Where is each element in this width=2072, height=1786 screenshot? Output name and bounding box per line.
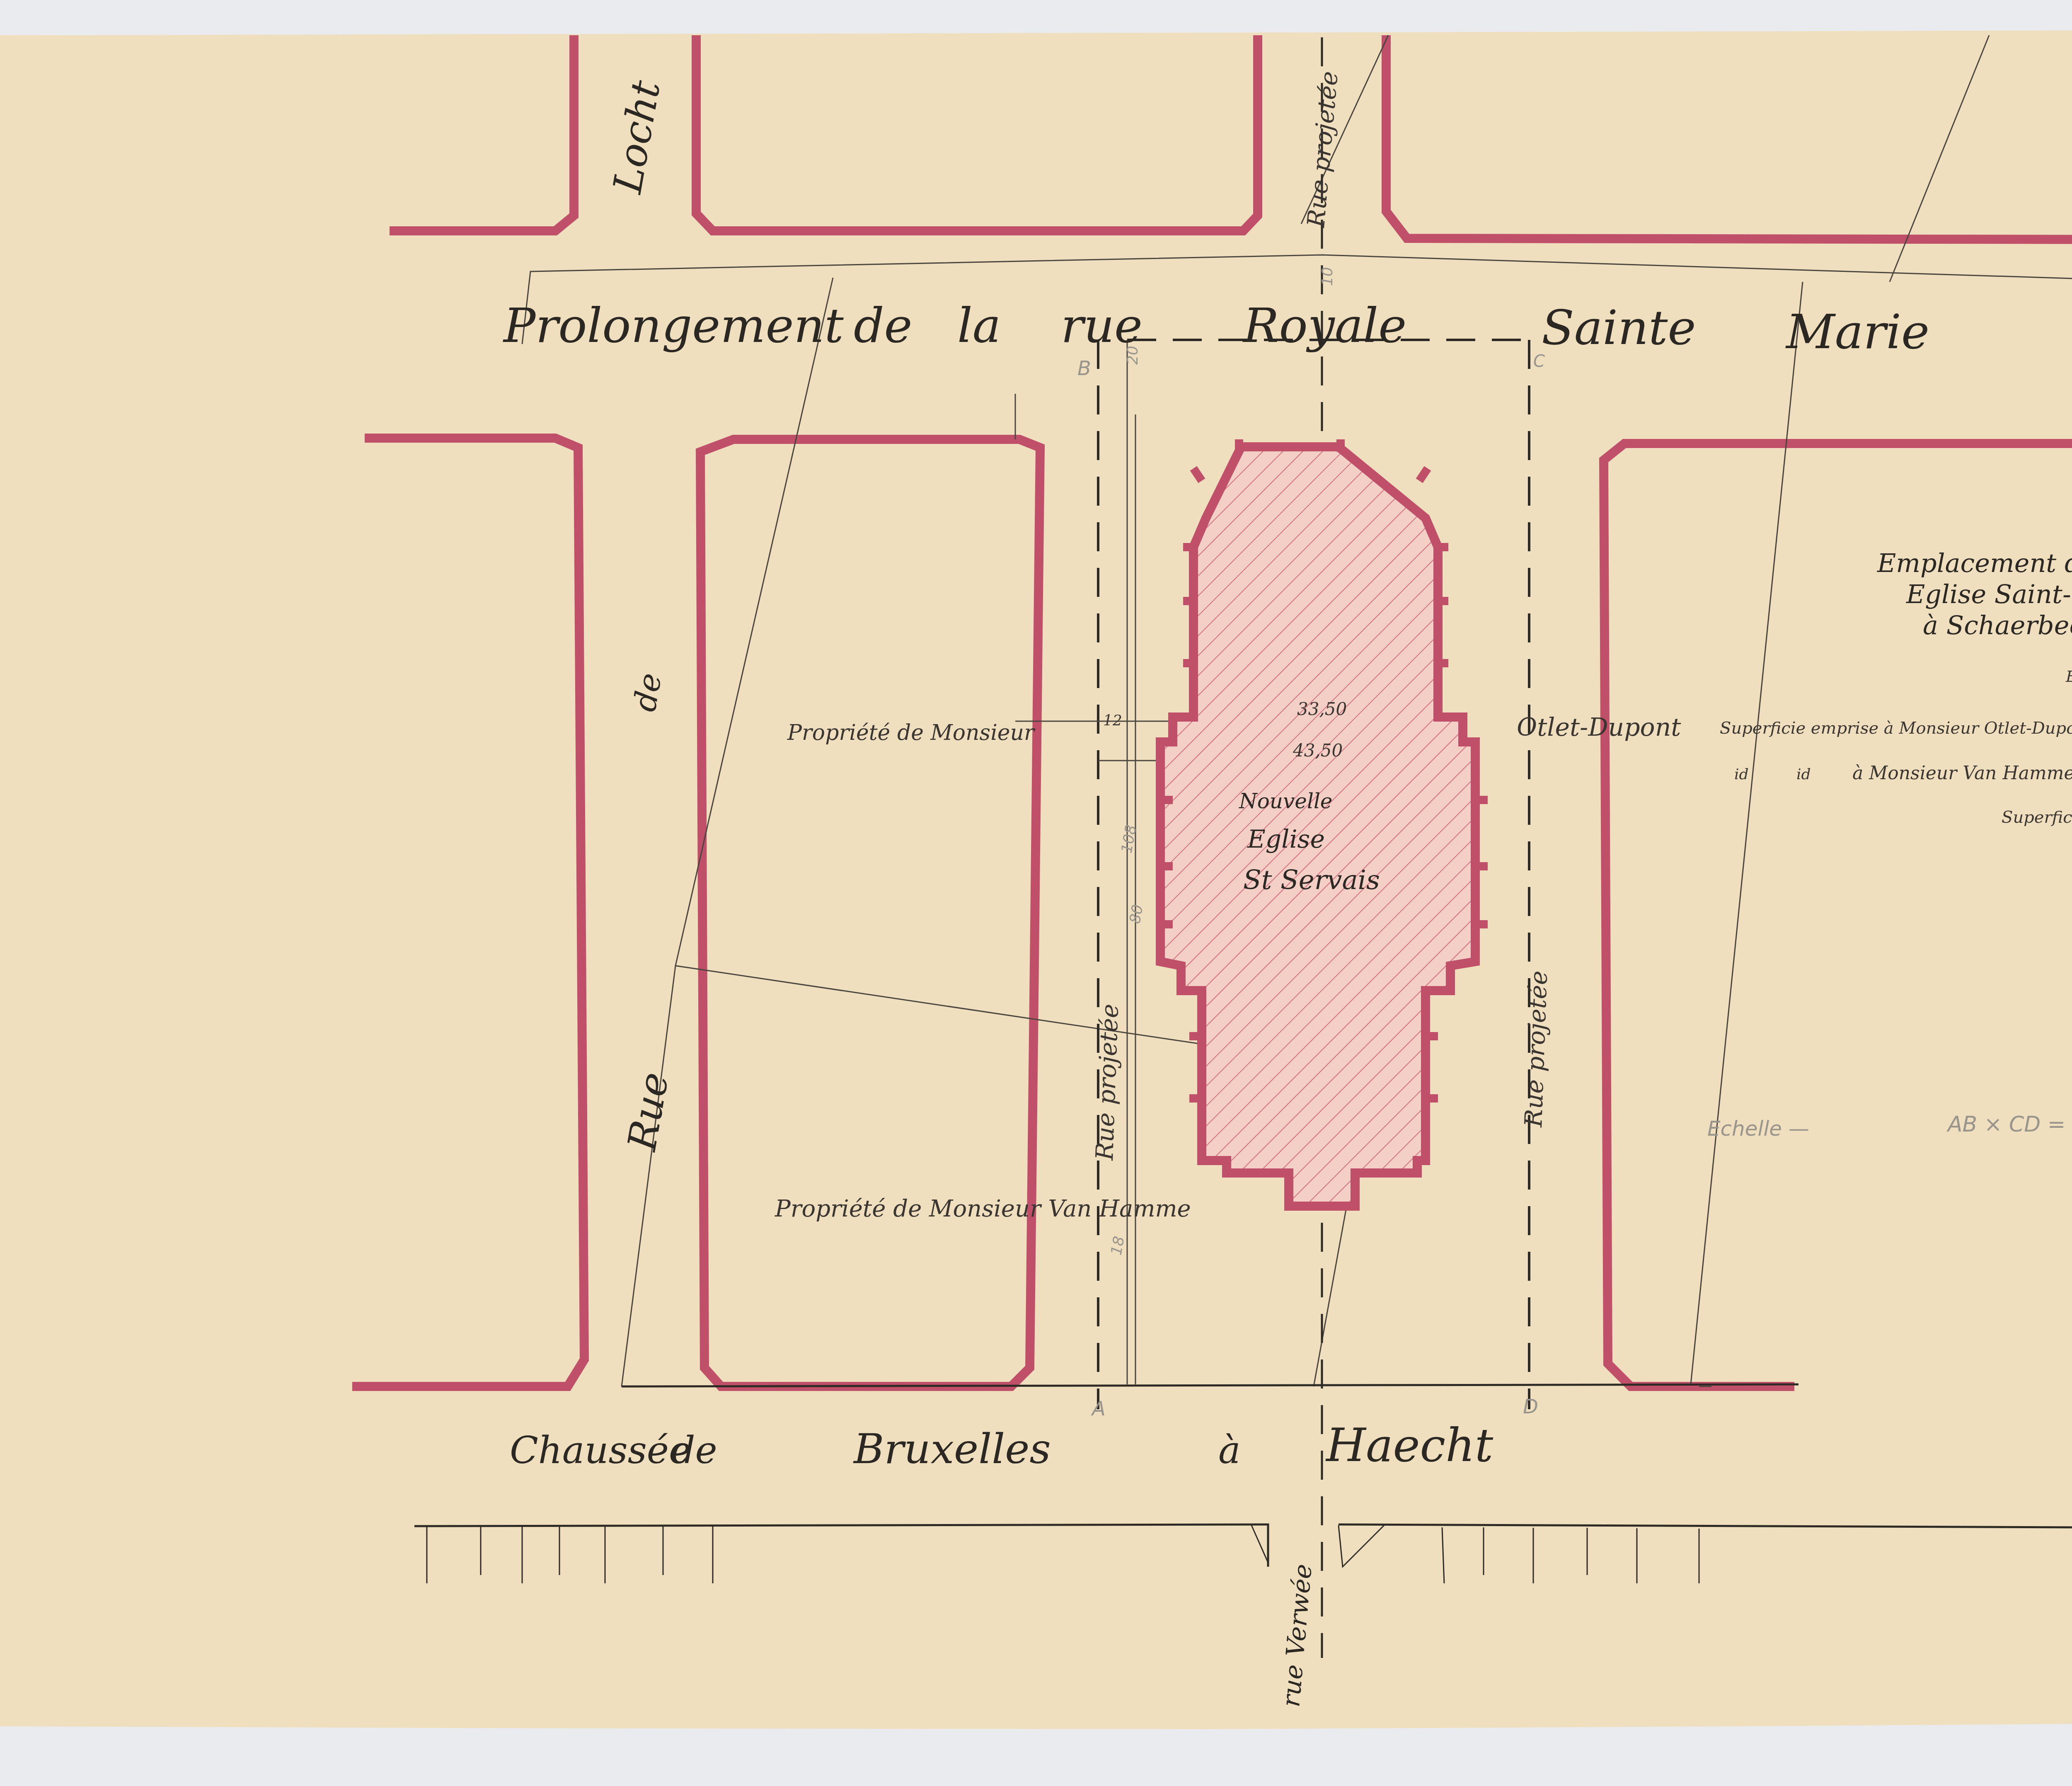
church-label-line-3: St Servais — [1243, 865, 1380, 896]
title-line-1: Emplacement de la nouvelle — [1877, 548, 2072, 578]
corner-a: A — [1091, 1397, 1106, 1420]
street-bottom-word-4: à — [1218, 1429, 1241, 1472]
property-otlet-left: Propriété de Monsieur — [787, 720, 1036, 745]
church-label-line-1: Nouvelle — [1239, 789, 1332, 813]
dim-top-10: 10 — [1319, 267, 1336, 286]
street-bottom-word-1: Chaussée — [510, 1429, 691, 1472]
title-line-3: à Schaerbeek. — [1923, 610, 2072, 640]
street-left-word-2: de — [626, 670, 669, 714]
dim-side-12: 12 — [1103, 712, 1122, 729]
corner-d: D — [1523, 1395, 1538, 1418]
dim-bottom-18: 18 — [1108, 1235, 1128, 1256]
dim-width-upper: 33,50 — [1297, 699, 1347, 719]
area-row-1-label: Superficie emprise à Monsieur Otlet-Dupo… — [1720, 719, 2072, 738]
street-top-word-5: Royale — [1242, 298, 1406, 354]
area-row-2-label: à Monsieur Van Hamme — [1852, 763, 2072, 784]
street-top-word-6: Sainte — [1542, 300, 1696, 356]
street-bottom-word-3: Bruxelles — [853, 1425, 1051, 1473]
scale-note: Echelle de 0,002 pour mètre — [2065, 667, 2072, 686]
street-bottom-word-5: Haecht — [1325, 1419, 1493, 1472]
title-line-2: Eglise Saint-Servais — [1906, 579, 2072, 609]
pencil-note-formula: AB × CD = 108 × 43 = 4644 — [1946, 1112, 2072, 1137]
dim-width-lower: 43,50 — [1293, 740, 1343, 761]
dim-top-20: 20 — [1124, 346, 1141, 365]
corner-b: B — [1077, 357, 1091, 380]
church-label-line-2: Eglise — [1247, 825, 1325, 854]
property-van-hamme: Propriété de Monsieur Van Hamme — [775, 1195, 1191, 1222]
street-bottom-word-2: de — [671, 1429, 717, 1472]
site-plan-sheet: Prolongement de la rue Royale Sainte Mar… — [0, 0, 2072, 1786]
street-projected-left: Rue projetée — [1090, 1003, 1124, 1161]
corner-c: C — [1533, 352, 1545, 371]
property-otlet-right: Otlet-Dupont — [1517, 713, 1681, 742]
street-top-word-7: Marie — [1785, 304, 1929, 360]
street-top-word-3: la — [957, 298, 1001, 354]
site-plan-drawing: Prolongement de la rue Royale Sainte Mar… — [0, 0, 2072, 1786]
area-row-2-prefix-1: id — [1734, 766, 1749, 783]
street-top-word-4: rue — [1061, 298, 1143, 354]
street-projected-right: Rue projetée — [1519, 970, 1553, 1128]
area-total-label: Superficie totale — [2002, 808, 2072, 827]
dim-length-80: 80 — [1126, 903, 1146, 925]
street-top-word-1: Prolongement — [503, 298, 844, 354]
pencil-note-label: Echelle — — [1707, 1117, 1809, 1141]
area-row-2-prefix-2: id — [1796, 766, 1811, 783]
street-top-word-2: de — [854, 298, 913, 354]
